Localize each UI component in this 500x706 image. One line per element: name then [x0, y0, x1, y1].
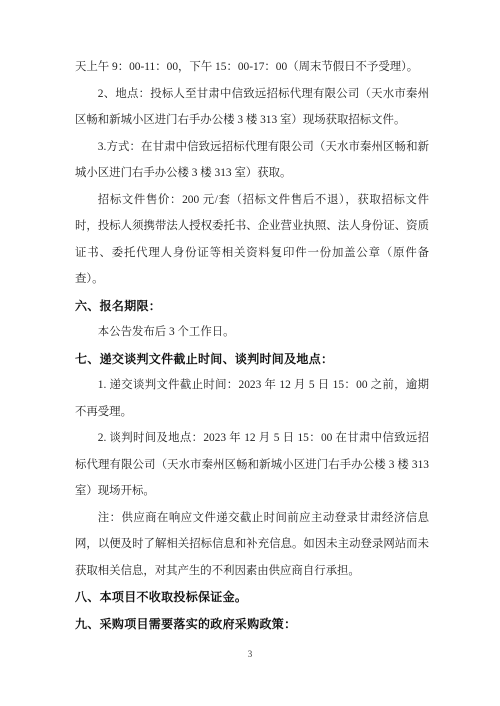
paragraph-document-price: 招标文件售价：200 元/套（招标文件售后不退），获取招标文件时，投标人须携带法…	[75, 187, 429, 293]
paragraph-submission-deadline: 1. 递交谈判文件截止时间：2023 年 12 月 5 日 15：00 之前，逾…	[75, 372, 429, 425]
heading-section-8-no-bid-deposit: 八、本项目不收取投标保证金。	[75, 584, 429, 611]
paragraph-method: 3.方式：在甘肃中信致远招标代理有限公司（天水市秦州区畅和新城小区进门右手办公楼…	[75, 134, 429, 187]
paragraph-supplier-note: 注：供应商在响应文件递交截止时间前应主动登录甘肃经济信息网，以便及时了解相关招标…	[75, 505, 429, 585]
heading-section-7-deadline-time-location: 七、递交谈判文件截止时间、谈判时间及地点：	[75, 346, 429, 373]
paragraph-registration-period: 本公告发布后 3 个工作日。	[75, 319, 429, 346]
document-page: 天上午 9：00-11：00，下午 15：00-17：00（周末节假日不予受理）…	[0, 0, 500, 706]
paragraph-office-hours: 天上午 9：00-11：00，下午 15：00-17：00（周末节假日不予受理）…	[75, 54, 429, 81]
document-body: 天上午 9：00-11：00，下午 15：00-17：00（周末节假日不予受理）…	[75, 54, 429, 637]
heading-section-9-procurement-policies: 九、采购项目需要落实的政府采购政策：	[75, 611, 429, 638]
paragraph-negotiation-time-location: 2. 谈判时间及地点：2023 年 12 月 5 日 15：00 在甘肃中信致远…	[75, 425, 429, 505]
heading-section-6-registration-period: 六、报名期限：	[75, 293, 429, 320]
page-number: 3	[0, 649, 500, 659]
paragraph-location: 2、地点：投标人至甘肃中信致远招标代理有限公司（天水市秦州区畅和新城小区进门右手…	[75, 81, 429, 134]
